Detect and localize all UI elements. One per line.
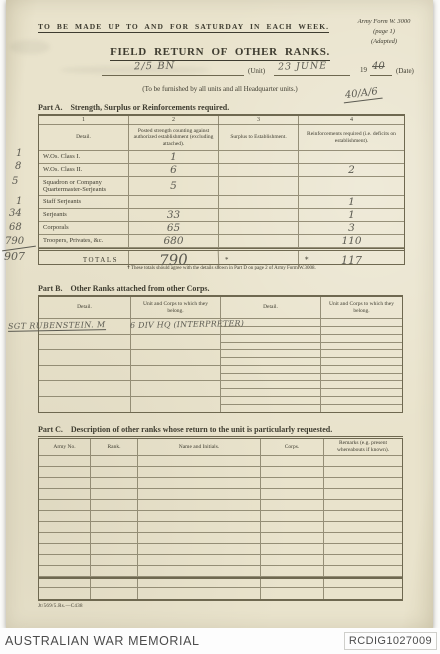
rank-cell	[91, 588, 138, 599]
unit-date-line: 2/5 BN (Unit) 23 JUNE 19 40 (Date)	[38, 60, 422, 78]
col-header-rank: Rank.	[91, 439, 138, 455]
footnote-star: *	[225, 256, 229, 264]
col-header-unit-corps: Unit and Corps to which they belong.	[131, 297, 221, 318]
margin-pencil-number: 1	[16, 196, 22, 207]
surplus-cell	[219, 164, 299, 176]
unit-corps-cell	[321, 397, 402, 413]
name-cell	[138, 588, 261, 599]
rank-cell	[91, 555, 138, 565]
table-row	[39, 456, 402, 467]
army-no-cell	[39, 511, 91, 521]
page-title: FIELD RETURN OF OTHER RANKS.	[110, 46, 330, 61]
posted-value: 6	[129, 164, 219, 176]
reinf-value	[299, 151, 404, 163]
column-number-row: 1 2 3 4	[39, 116, 404, 125]
army-no-cell	[39, 500, 91, 510]
archive-caption-bar: AUSTRALIAN WAR MEMORIAL RCDIG1027009	[0, 628, 440, 654]
unit-corps-cell	[321, 381, 402, 396]
part-b-heading: Part B.Other Ranks attached from other C…	[38, 284, 403, 296]
col-header-reinforcements: Reinforcements required (i.e. deficits o…	[299, 125, 404, 150]
rank-cell	[91, 478, 138, 488]
row-label: Staff Serjeants	[39, 196, 129, 208]
posted-value: 5	[129, 177, 219, 195]
surplus-cell	[219, 222, 299, 234]
table-row	[39, 566, 402, 577]
unit-label: (Unit)	[248, 67, 265, 75]
name-cell	[138, 478, 261, 488]
table-row	[39, 478, 402, 489]
remarks-cell	[324, 544, 402, 554]
army-no-cell	[39, 467, 91, 477]
row-label: Serjeants	[39, 209, 129, 221]
reinf-value: 1	[299, 209, 404, 221]
corps-cell	[261, 522, 324, 532]
unit-corps-cell	[131, 335, 221, 350]
part-c-heading-text: Description of other ranks whose return …	[71, 425, 332, 434]
unit-corps-cell	[321, 366, 402, 381]
margin-pencil-number: 1	[16, 148, 22, 159]
year-rule	[370, 75, 392, 76]
attached-rank-handwritten-name: SGT RUBENSTEIN. M	[8, 320, 106, 332]
col-num-2: 2	[129, 116, 219, 125]
corps-cell	[261, 555, 324, 565]
army-no-cell	[39, 478, 91, 488]
rank-cell	[91, 544, 138, 554]
army-no-cell	[39, 544, 91, 554]
corps-cell	[261, 500, 324, 510]
name-cell	[138, 579, 261, 587]
surplus-cell	[219, 177, 299, 195]
detail-cell	[39, 350, 131, 365]
unit-corps-cell	[321, 335, 402, 350]
table-row	[39, 511, 402, 522]
col-num-4: 4	[299, 116, 404, 125]
reinf-value	[299, 177, 404, 195]
table-row	[39, 544, 402, 555]
rank-cell	[91, 467, 138, 477]
surplus-cell	[219, 235, 299, 247]
corps-cell	[261, 588, 324, 599]
corps-cell	[261, 533, 324, 543]
name-cell	[138, 500, 261, 510]
remarks-cell	[324, 533, 402, 543]
column-header-row: Detail. Posted strength counting against…	[39, 125, 404, 151]
table-row	[39, 381, 402, 397]
detail-cell	[221, 381, 321, 396]
posted-value: 65	[129, 222, 219, 234]
remarks-cell	[324, 566, 402, 576]
col-header-detail: Detail.	[39, 297, 131, 318]
col-num-1: 1	[39, 116, 129, 125]
margin-pencil-number: 8	[15, 161, 21, 172]
corps-cell	[261, 489, 324, 499]
col-header-corps: Corps.	[261, 439, 324, 455]
date-rule	[274, 75, 350, 76]
col-header-posted-strength: Posted strength counting against authori…	[129, 125, 219, 150]
posted-value: 680	[129, 235, 219, 247]
rank-cell	[91, 533, 138, 543]
row-label: W.Os. Class I.	[39, 151, 129, 163]
army-no-cell	[39, 566, 91, 576]
table-row	[39, 397, 402, 413]
reinf-value: 110	[299, 235, 404, 247]
date-label: (Date)	[396, 67, 414, 75]
remarks-cell	[324, 500, 402, 510]
table-row	[39, 489, 402, 500]
table-row	[39, 350, 402, 366]
rank-cell	[91, 511, 138, 521]
remarks-cell	[324, 588, 402, 599]
reinf-value: 2	[299, 164, 404, 176]
margin-pencil-number: 68	[9, 222, 22, 233]
margin-pencil-number: 34	[9, 208, 22, 219]
col-header-surplus: Surplus to Establishment.	[219, 125, 299, 150]
row-label: Squadron or Company Quartermaster-Serjea…	[39, 177, 129, 195]
table-row	[39, 533, 402, 544]
remarks-cell	[324, 555, 402, 565]
part-a-table: 1 2 3 4 Detail. Posted strength counting…	[38, 115, 405, 265]
surplus-cell	[219, 151, 299, 163]
unit-corps-cell	[131, 397, 221, 413]
corps-cell	[261, 478, 324, 488]
year-handwritten-value: 40	[372, 61, 385, 72]
detail-cell	[221, 350, 321, 365]
printer-code: Jt/569/5.Rs.—C438	[38, 604, 83, 609]
table-row: Squadron or Company Quartermaster-Serjea…	[39, 177, 404, 196]
army-no-cell	[39, 588, 91, 599]
remarks-cell	[324, 489, 402, 499]
rank-cell	[91, 566, 138, 576]
archive-source-title: AUSTRALIAN WAR MEMORIAL	[5, 634, 200, 648]
surplus-cell	[219, 196, 299, 208]
unit-handwritten-value: 2/5 BN	[134, 61, 176, 73]
corps-cell	[261, 544, 324, 554]
col-header-unit-corps: Unit and Corps to which they belong.	[321, 297, 402, 318]
reinf-value: 3	[299, 222, 404, 234]
remarks-cell	[324, 456, 402, 466]
part-c-table: Army No. Rank. Name and Initials. Corps.…	[38, 438, 403, 601]
col-header-army-no: Army No.	[39, 439, 91, 455]
table-row: Troopers, Privates, &c. 680 110	[39, 235, 404, 248]
table-row: W.Os. Class I. 1	[39, 151, 404, 164]
part-a-label: Part A.	[38, 103, 62, 112]
remarks-cell	[324, 522, 402, 532]
remarks-cell	[324, 511, 402, 521]
form-title-wrap: FIELD RETURN OF OTHER RANKS.	[0, 42, 440, 61]
rank-cell	[91, 579, 138, 587]
col-header-name-initials: Name and Initials.	[138, 439, 261, 455]
name-cell	[138, 555, 261, 565]
unit-corps-cell	[321, 350, 402, 365]
row-label: W.Os. Class II.	[39, 164, 129, 176]
name-cell	[138, 533, 261, 543]
column-header-row: Detail. Unit and Corps to which they bel…	[39, 297, 402, 319]
part-b-heading-text: Other Ranks attached from other Corps.	[70, 284, 209, 293]
table-row: Serjeants 33 1	[39, 209, 404, 222]
col-num-3: 3	[219, 116, 299, 125]
form-number: Army Form W. 3000	[346, 17, 422, 27]
rank-cell	[91, 522, 138, 532]
record-id-badge: RCDIG1027009	[344, 632, 437, 650]
army-no-cell	[39, 579, 91, 587]
corps-cell	[261, 511, 324, 521]
column-header-row: Army No. Rank. Name and Initials. Corps.…	[39, 439, 402, 456]
col-header-detail: Detail.	[39, 125, 129, 150]
col-header-remarks: Remarks (e.g. present whereabouts if kno…	[324, 439, 402, 455]
name-cell	[138, 511, 261, 521]
detail-cell	[39, 397, 131, 413]
part-c-label: Part C.	[38, 425, 63, 434]
posted-value	[129, 196, 219, 208]
unit-corps-cell	[131, 350, 221, 365]
footnote-star: *	[305, 256, 309, 264]
remarks-cell	[324, 478, 402, 488]
scanned-form-page: TO BE MADE UP TO AND FOR SATURDAY IN EAC…	[0, 0, 440, 654]
margin-pencil-number: 5	[12, 176, 18, 187]
rank-cell	[91, 489, 138, 499]
army-no-cell	[39, 533, 91, 543]
army-no-cell	[39, 555, 91, 565]
table-row	[39, 522, 402, 533]
part-c-heading: Part C.Description of other ranks whose …	[38, 425, 403, 437]
totals-row: TOTALS 790 * *117	[39, 248, 404, 264]
table-row	[39, 577, 402, 588]
table-row	[39, 588, 402, 599]
rank-cell	[91, 456, 138, 466]
weekly-instruction-note: TO BE MADE UP TO AND FOR SATURDAY IN EAC…	[38, 22, 329, 33]
unit-corps-cell	[321, 319, 402, 334]
form-page: (page 1)	[346, 27, 422, 37]
corps-cell	[261, 467, 324, 477]
corps-cell	[261, 579, 324, 587]
detail-cell	[221, 366, 321, 381]
part-a-heading: Part A.Strength, Surplus or Reinforcemen…	[38, 103, 405, 115]
totals-footnote: * These totals should agree with the det…	[38, 266, 405, 271]
table-row: Corporals 65 3	[39, 222, 404, 235]
unit-corps-cell	[131, 366, 221, 381]
detail-cell	[221, 335, 321, 350]
row-label: Corporals	[39, 222, 129, 234]
table-row	[39, 500, 402, 511]
surplus-cell	[219, 209, 299, 221]
table-row: Staff Serjeants 1	[39, 196, 404, 209]
year-prefix: 19	[360, 66, 367, 74]
table-row	[39, 335, 402, 351]
army-no-cell	[39, 522, 91, 532]
name-cell	[138, 522, 261, 532]
remarks-cell	[324, 579, 402, 587]
table-row	[39, 555, 402, 566]
name-cell	[138, 456, 261, 466]
name-cell	[138, 544, 261, 554]
table-row	[39, 366, 402, 382]
detail-cell	[39, 335, 131, 350]
col-header-detail: Detail.	[221, 297, 321, 318]
unit-corps-cell	[131, 381, 221, 396]
date-handwritten-value: 23 JUNE	[278, 60, 327, 72]
army-no-cell	[39, 489, 91, 499]
part-b-label: Part B.	[38, 284, 62, 293]
name-cell	[138, 489, 261, 499]
unit-rule	[102, 75, 244, 76]
corps-cell	[261, 566, 324, 576]
name-cell	[138, 467, 261, 477]
table-row	[39, 467, 402, 478]
table-row: W.Os. Class II. 6 2	[39, 164, 404, 177]
detail-cell	[39, 366, 131, 381]
detail-cell	[221, 397, 321, 413]
margin-pencil-total: 907	[4, 250, 25, 263]
part-a-heading-text: Strength, Surplus or Reinforcements requ…	[70, 103, 229, 112]
totals-reinf-number: 117	[341, 254, 362, 267]
posted-value: 33	[129, 209, 219, 221]
army-no-cell	[39, 456, 91, 466]
margin-pencil-number: 790	[5, 236, 24, 247]
detail-cell	[39, 381, 131, 396]
part-b-table: Detail. Unit and Corps to which they bel…	[38, 296, 403, 413]
row-label: Troopers, Privates, &c.	[39, 235, 129, 247]
posted-value: 1	[129, 151, 219, 163]
corps-cell	[261, 456, 324, 466]
reinf-value: 1	[299, 196, 404, 208]
name-cell	[138, 566, 261, 576]
remarks-cell	[324, 467, 402, 477]
rank-cell	[91, 500, 138, 510]
